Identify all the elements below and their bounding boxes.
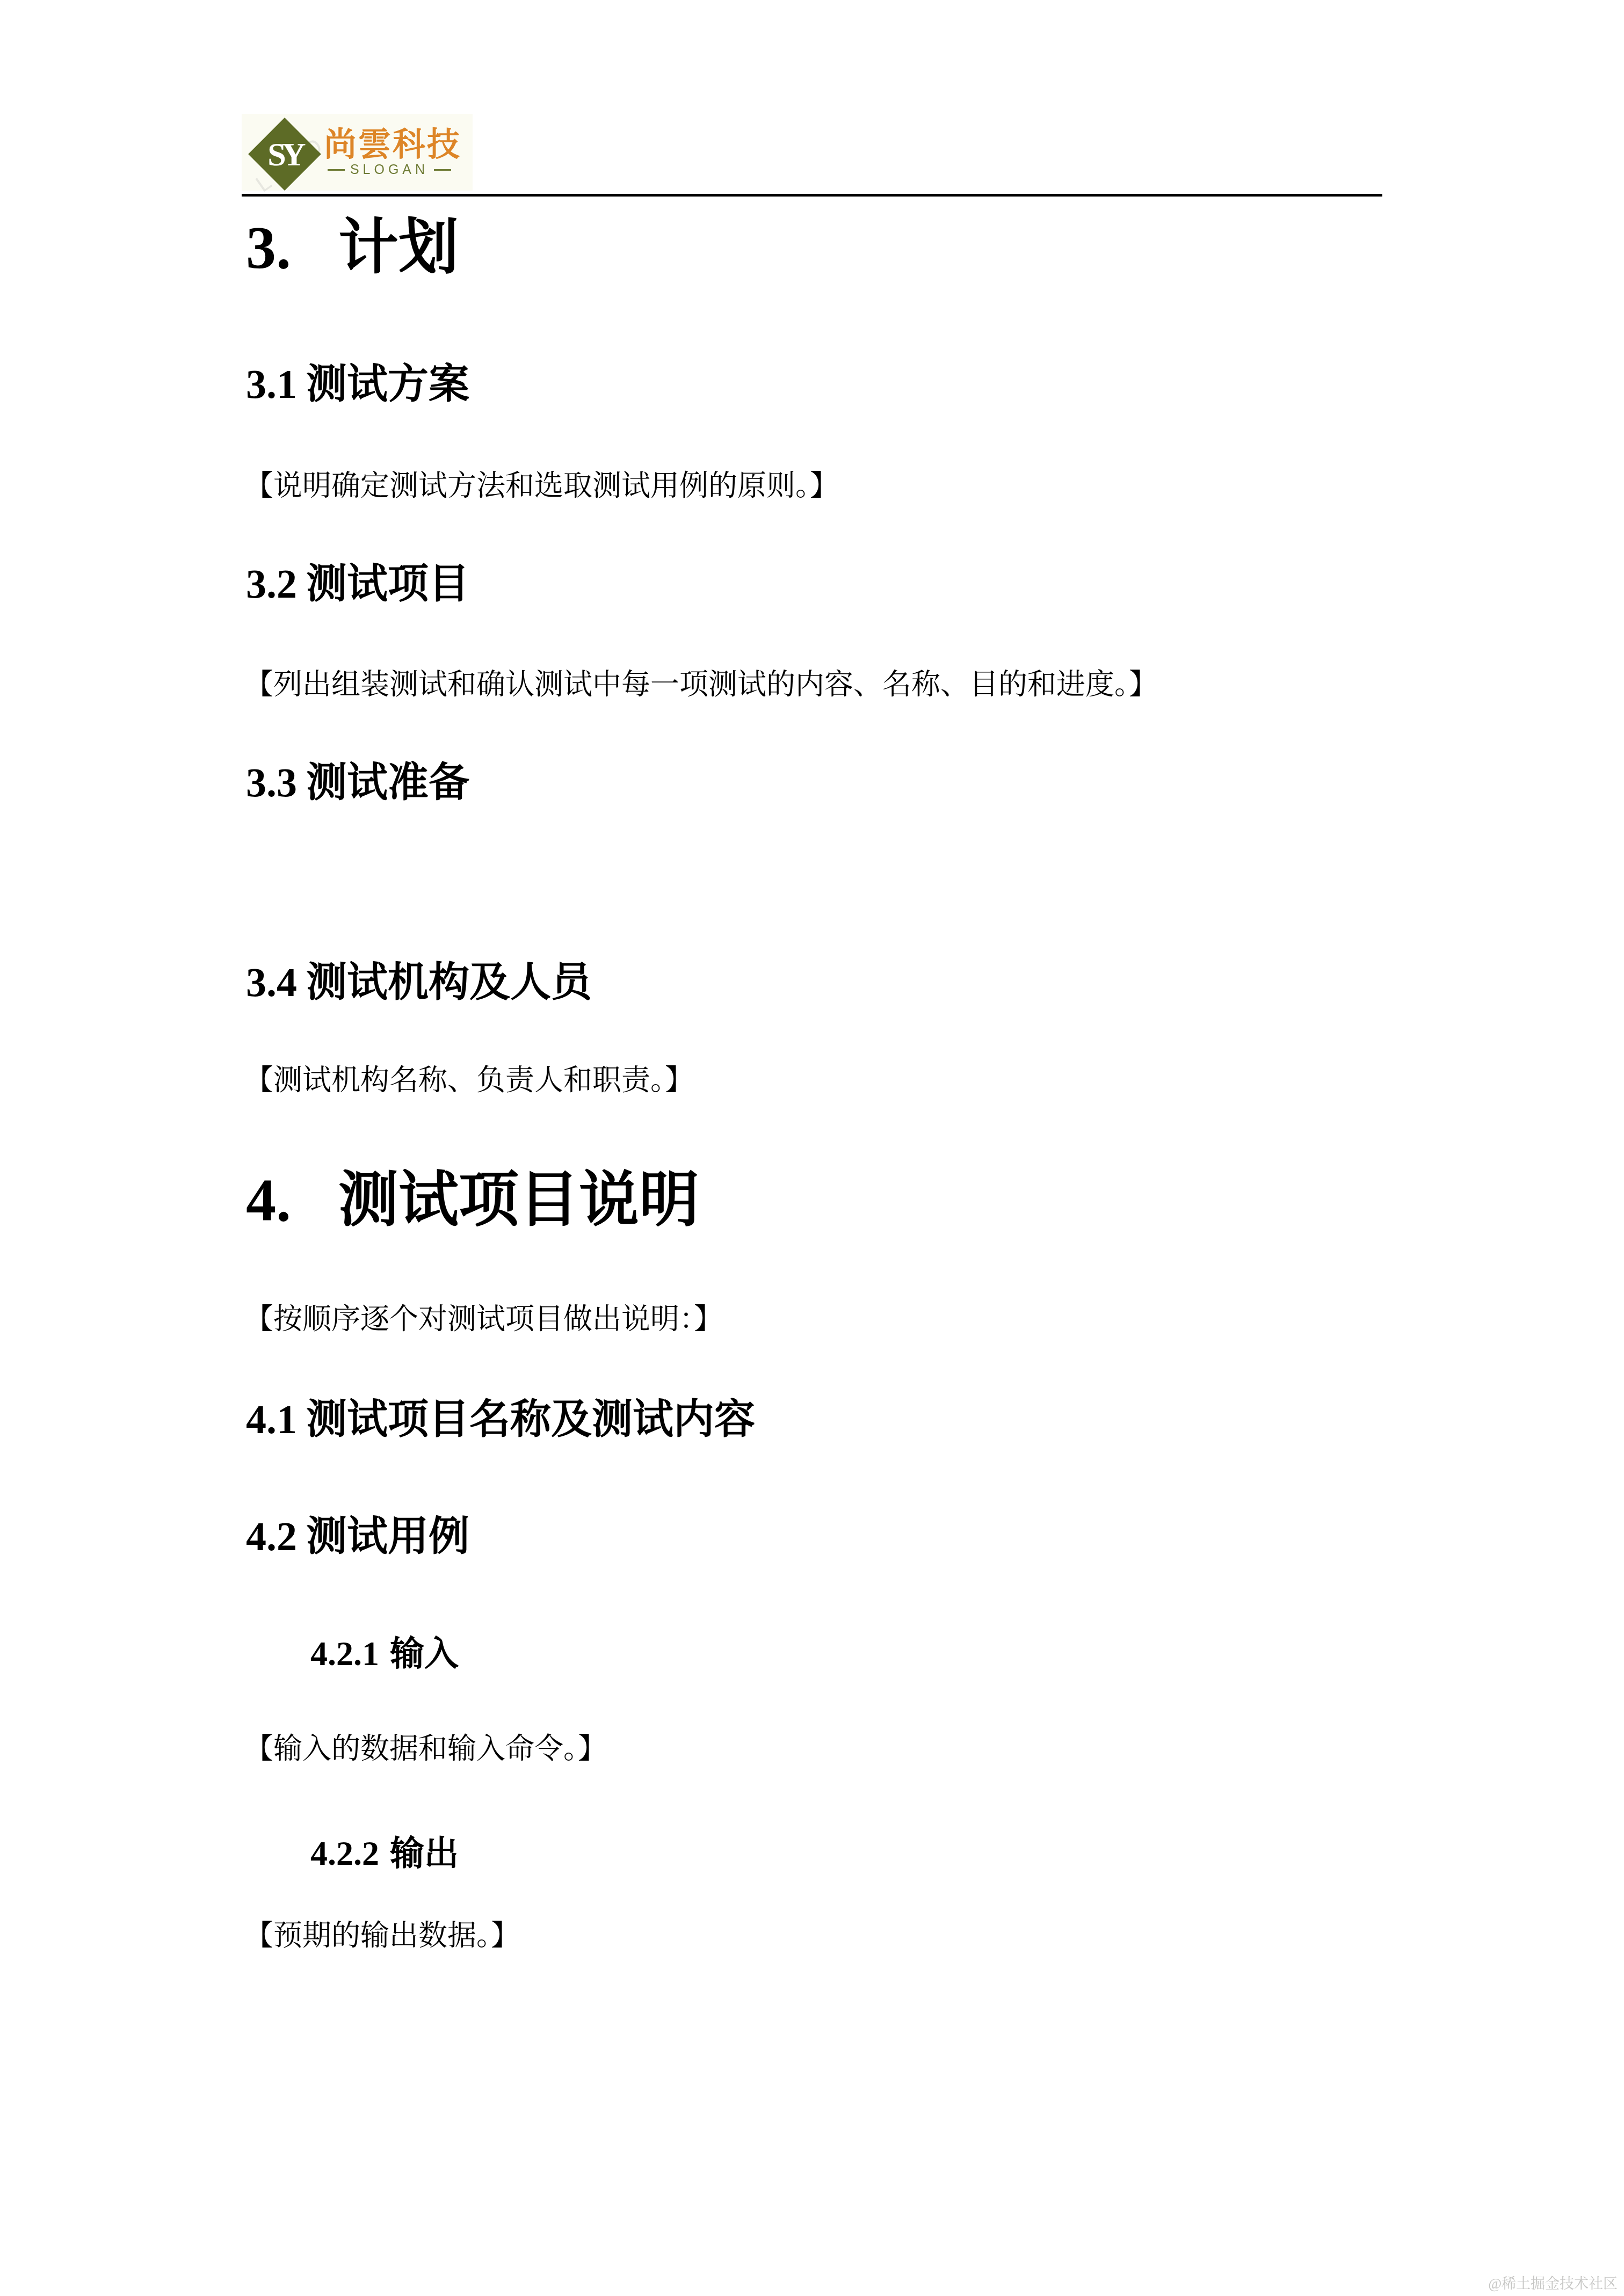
heading-4: 4.测试项目说明 <box>246 1171 699 1231</box>
placeholder-note-3-1: 【说明确定测试方法和选取测试用例的原则。】 <box>244 471 839 500</box>
heading-4-2: 4.2测试用例 <box>246 1516 469 1557</box>
heading-3-1-number: 3.1 <box>246 362 297 407</box>
heading-3-4-title: 测试机构及人员 <box>306 960 592 1005</box>
placeholder-note-4-2-1: 【输入的数据和输入命令。】 <box>244 1734 607 1763</box>
heading-4-1-title: 测试项目名称及测试内容 <box>306 1397 755 1442</box>
logo-slogan-text: SLOGAN <box>350 163 429 177</box>
heading-3-1-title: 测试方案 <box>306 362 469 407</box>
placeholder-note-3-4: 【测试机构名称、负责人和职责。】 <box>244 1066 694 1095</box>
heading-3-title: 计划 <box>338 215 459 281</box>
heading-4-2-2-title: 输出 <box>390 1834 459 1872</box>
heading-4-2-2-number: 4.2.2 <box>310 1834 379 1872</box>
heading-4-2-number: 4.2 <box>246 1514 297 1559</box>
heading-3-4-number: 3.4 <box>246 960 297 1005</box>
heading-4-number: 4. <box>246 1167 291 1234</box>
heading-3: 3.计划 <box>246 218 459 278</box>
heading-3-3-title: 测试准备 <box>306 760 469 805</box>
heading-4-1-number: 4.1 <box>246 1397 297 1442</box>
slogan-left-line <box>328 169 345 171</box>
company-logo: LOGO SY 尚雲科技 SLOGAN <box>242 114 473 191</box>
heading-4-2-1-title: 输入 <box>390 1634 459 1673</box>
slogan-right-line <box>434 169 451 171</box>
placeholder-note-4: 【按顺序逐个对测试项目做出说明：】 <box>244 1305 723 1334</box>
heading-4-2-1-number: 4.2.1 <box>310 1634 379 1673</box>
header-divider-line <box>242 194 1382 197</box>
document-page: LOGO SY 尚雲科技 SLOGAN 3.计划 3.1测试方案 【说明确定测试… <box>0 0 1624 2296</box>
heading-3-number: 3. <box>246 215 291 281</box>
heading-3-2-title: 测试项目 <box>306 562 469 607</box>
heading-3-1: 3.1测试方案 <box>246 364 469 405</box>
heading-4-2-title: 测试用例 <box>306 1514 469 1559</box>
logo-slogan-row: SLOGAN <box>328 163 451 177</box>
heading-4-2-2: 4.2.2输出 <box>310 1836 459 1871</box>
heading-3-2: 3.2测试项目 <box>246 564 469 605</box>
heading-4-title: 测试项目说明 <box>338 1167 699 1234</box>
heading-3-2-number: 3.2 <box>246 562 297 607</box>
placeholder-note-4-2-2: 【预期的输出数据。】 <box>244 1921 520 1950</box>
heading-3-3: 3.3测试准备 <box>246 762 469 803</box>
logo-monogram: SY <box>248 133 321 176</box>
heading-4-2-1: 4.2.1输入 <box>310 1637 459 1671</box>
heading-3-4: 3.4测试机构及人员 <box>246 962 592 1003</box>
community-watermark: @稀土掘金技术社区 <box>1488 2277 1618 2291</box>
heading-3-3-number: 3.3 <box>246 760 297 805</box>
logo-company-name: 尚雲科技 <box>324 129 461 162</box>
heading-4-1: 4.1测试项目名称及测试内容 <box>246 1399 755 1440</box>
placeholder-note-3-2: 【列出组装测试和确认测试中每一项测试的内容、名称、目的和进度。】 <box>244 670 1158 699</box>
